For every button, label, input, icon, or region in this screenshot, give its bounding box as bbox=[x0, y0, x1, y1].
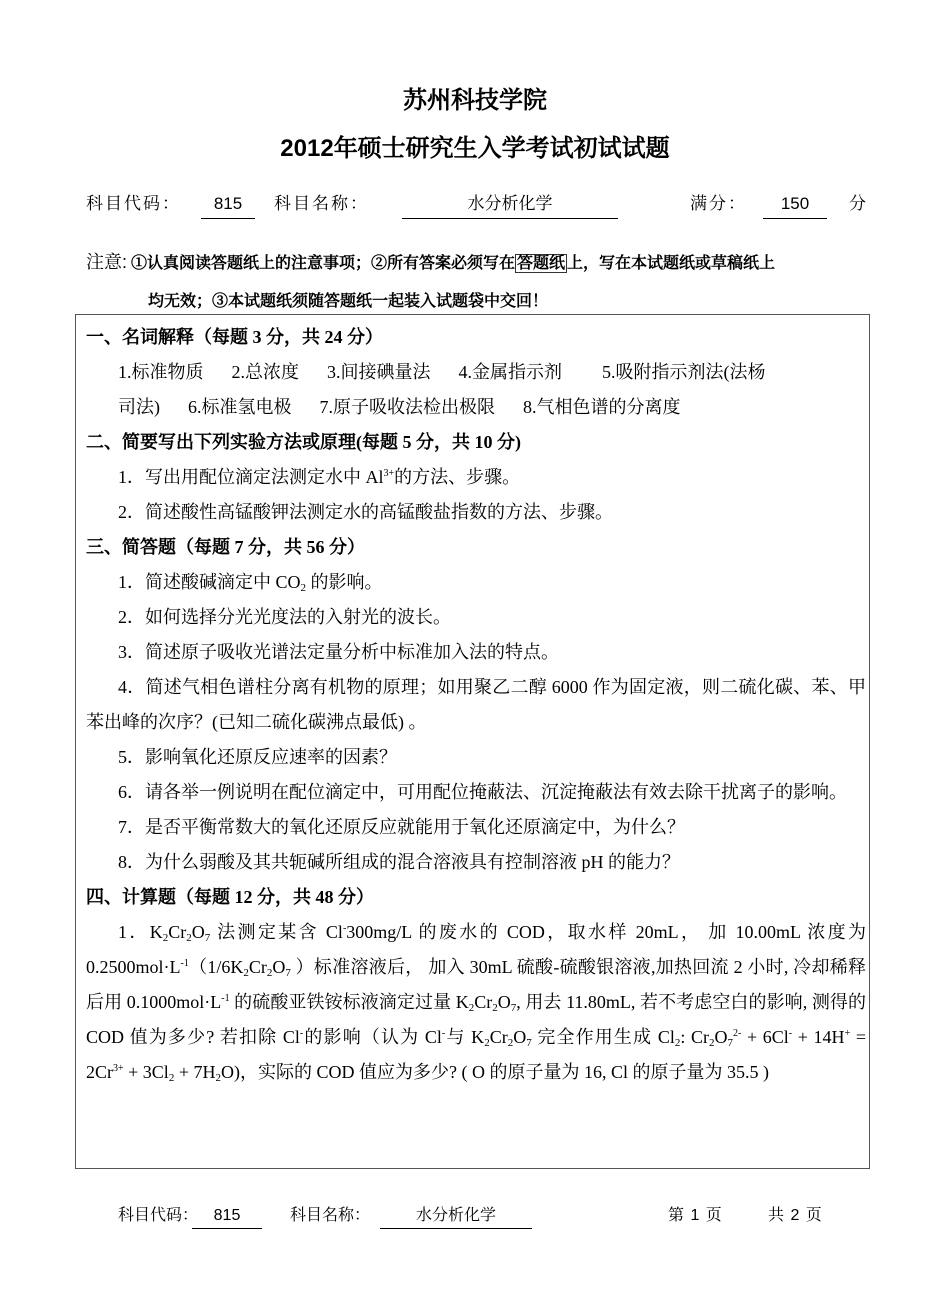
questions-content: 一、名词解释（每题 3 分，共 24 分） 1.标准物质2.总浓度3.间接碘量法… bbox=[86, 320, 866, 1090]
footer-name-label: 科目名称： bbox=[290, 1204, 370, 1228]
school-name: 苏州科技学院 bbox=[0, 84, 950, 118]
q-text: 的影响（认为 Cl bbox=[303, 1027, 442, 1047]
term-item: 2.总浓度 bbox=[232, 355, 300, 390]
exam-title: 2012年硕士研究生入学考试初试试题 bbox=[0, 132, 950, 166]
full-score-unit: 分 bbox=[849, 190, 868, 218]
term-item: 4.金属指示剂 bbox=[459, 355, 563, 390]
term-item: 1.标准物质 bbox=[118, 355, 204, 390]
section-3-question-3: 3．简述原子吸收光谱法定量分析中标准加入法的特点。 bbox=[86, 635, 866, 670]
notice-line1-b: 上，写在本试题纸或草稿纸上 bbox=[567, 255, 775, 272]
subject-name-value: 水分析化学 bbox=[402, 190, 618, 219]
term-item: 司法) bbox=[118, 390, 160, 425]
q-text: O bbox=[272, 957, 285, 977]
footer-page-number: 第 1 页 bbox=[668, 1204, 723, 1228]
section-2-question-2: 2．简述酸性高锰酸钾法测定水的高锰酸盐指数的方法、步骤。 bbox=[86, 495, 866, 530]
q-text: 1．简述酸碱滴定中 CO bbox=[118, 572, 301, 592]
term-item: 8.气相色谱的分离度 bbox=[523, 390, 681, 425]
q-text: + 14H bbox=[792, 1027, 844, 1047]
q-text: : Cr bbox=[680, 1027, 709, 1047]
section-4-title: 四、计算题（每题 12 分，共 48 分） bbox=[86, 880, 866, 915]
answer-sheet-boxed-text: 答题纸 bbox=[515, 254, 567, 273]
notice-line2: 均无效；③本试题纸须随答题纸一起装入试题袋中交回！ bbox=[148, 288, 548, 316]
section-2-title: 二、简要写出下列实验方法或原理(每题 5 分，共 10 分) bbox=[86, 425, 866, 460]
exam-meta-row: 科目代码： 815 科目名称： 水分析化学 满分： 150 分 bbox=[86, 190, 870, 218]
term-item: 6.标准氢电极 bbox=[188, 390, 292, 425]
footer-code-label: 科目代码： bbox=[118, 1204, 198, 1228]
section-1-title: 一、名词解释（每题 3 分，共 24 分） bbox=[86, 320, 866, 355]
q-text: O bbox=[498, 992, 511, 1012]
footer-code-value: 815 bbox=[192, 1204, 262, 1229]
notice: 注意: ①认真阅读答题纸上的注意事项；②所有答案必须写在答题纸上，写在本试题纸或… bbox=[86, 248, 876, 278]
section-3-question-2: 2．如何选择分光光度法的入射光的波长。 bbox=[86, 600, 866, 635]
q-text: （1/6K bbox=[189, 957, 244, 977]
notice-line1-a: ①认真阅读答题纸上的注意事项；②所有答案必须写在 bbox=[131, 255, 515, 272]
q-text: O)，实际的 COD 值应为多少? ( O 的原子量为 16, Cl 的原子量为… bbox=[221, 1062, 769, 1082]
q-text: + 6Cl bbox=[741, 1027, 788, 1047]
subject-code-value: 815 bbox=[201, 190, 255, 219]
q-text: + 7H bbox=[174, 1062, 215, 1082]
subject-code-label: 科目代码： bbox=[86, 190, 181, 218]
q-text: O bbox=[192, 922, 205, 942]
section-2-question-1: 1．写出用配位滴定法测定水中 Al3+的方法、步骤。 bbox=[86, 460, 866, 495]
section-3-question-1: 1．简述酸碱滴定中 CO2 的影响。 bbox=[86, 565, 866, 600]
full-score-label: 满分： bbox=[690, 190, 747, 218]
q-text: Cr bbox=[490, 1027, 508, 1047]
footer-name-value: 水分析化学 bbox=[380, 1204, 532, 1229]
footer-total-pages: 共 2 页 bbox=[768, 1204, 823, 1228]
q-text: O bbox=[714, 1027, 727, 1047]
q-text: 的方法、步骤。 bbox=[394, 467, 520, 487]
subject-name-label: 科目名称： bbox=[274, 190, 369, 218]
superscript: -1 bbox=[221, 993, 229, 1004]
q-text: Cr bbox=[474, 992, 492, 1012]
section-3-question-4: 4．简述气相色谱柱分离有机物的原理；如用聚乙二醇 6000 作为固定液，则二硫化… bbox=[86, 670, 866, 740]
notice-label: 注意: bbox=[86, 252, 127, 272]
section-3-question-5: 5．影响氧化还原反应速率的因素？ bbox=[86, 740, 866, 775]
q-text: Cr bbox=[168, 922, 186, 942]
q-text: O bbox=[513, 1027, 526, 1047]
q-text: 1．写出用配位滴定法测定水中 Al bbox=[118, 467, 384, 487]
q-text: Cr bbox=[249, 957, 267, 977]
q-text: 完全作用生成 Cl bbox=[532, 1027, 675, 1047]
q-text: + 3Cl bbox=[124, 1062, 169, 1082]
section-3-question-6: 6．请各举一例说明在配位滴定中，可用配位掩蔽法、沉淀掩蔽法有效去除干扰离子的影响… bbox=[86, 775, 866, 810]
full-score-value: 150 bbox=[763, 190, 827, 219]
section-3-question-8: 8．为什么弱酸及其共轭碱所组成的混合溶液具有控制溶液 pH 的能力？ bbox=[86, 845, 866, 880]
superscript: -1 bbox=[181, 958, 189, 969]
term-item: 7.原子吸收法检出极限 bbox=[320, 390, 496, 425]
section-4-question-1: 1．K2Cr2O7 法测定某含 Cl-300mg/L 的废水的 COD，取水样 … bbox=[86, 915, 866, 1090]
q-text: 的硫酸亚铁铵标液滴定过量 K bbox=[230, 992, 469, 1012]
superscript: 3+ bbox=[384, 468, 395, 479]
section-3-question-7: 7．是否平衡常数大的氧化还原反应就能用于氧化还原滴定中，为什么？ bbox=[86, 810, 866, 845]
section-1-terms-line2: 司法)6.标准氢电极7.原子吸收法检出极限8.气相色谱的分离度 bbox=[86, 390, 866, 425]
page-footer: 科目代码： 815 科目名称： 水分析化学 第 1 页 共 2 页 bbox=[118, 1204, 838, 1228]
q-text: 与 K bbox=[445, 1027, 484, 1047]
q-text: 的影响。 bbox=[306, 572, 383, 592]
superscript: 3+ bbox=[113, 1063, 124, 1074]
term-item: 3.间接碘量法 bbox=[327, 355, 431, 390]
term-item: 5.吸附指示剂法(法杨 bbox=[602, 355, 766, 390]
q-text: 法测定某含 Cl bbox=[210, 922, 343, 942]
section-1-terms-line1: 1.标准物质2.总浓度3.间接碘量法4.金属指示剂5.吸附指示剂法(法杨 bbox=[86, 355, 866, 390]
section-3-title: 三、简答题（每题 7 分，共 56 分） bbox=[86, 530, 866, 565]
q-text: 1．K bbox=[118, 922, 163, 942]
